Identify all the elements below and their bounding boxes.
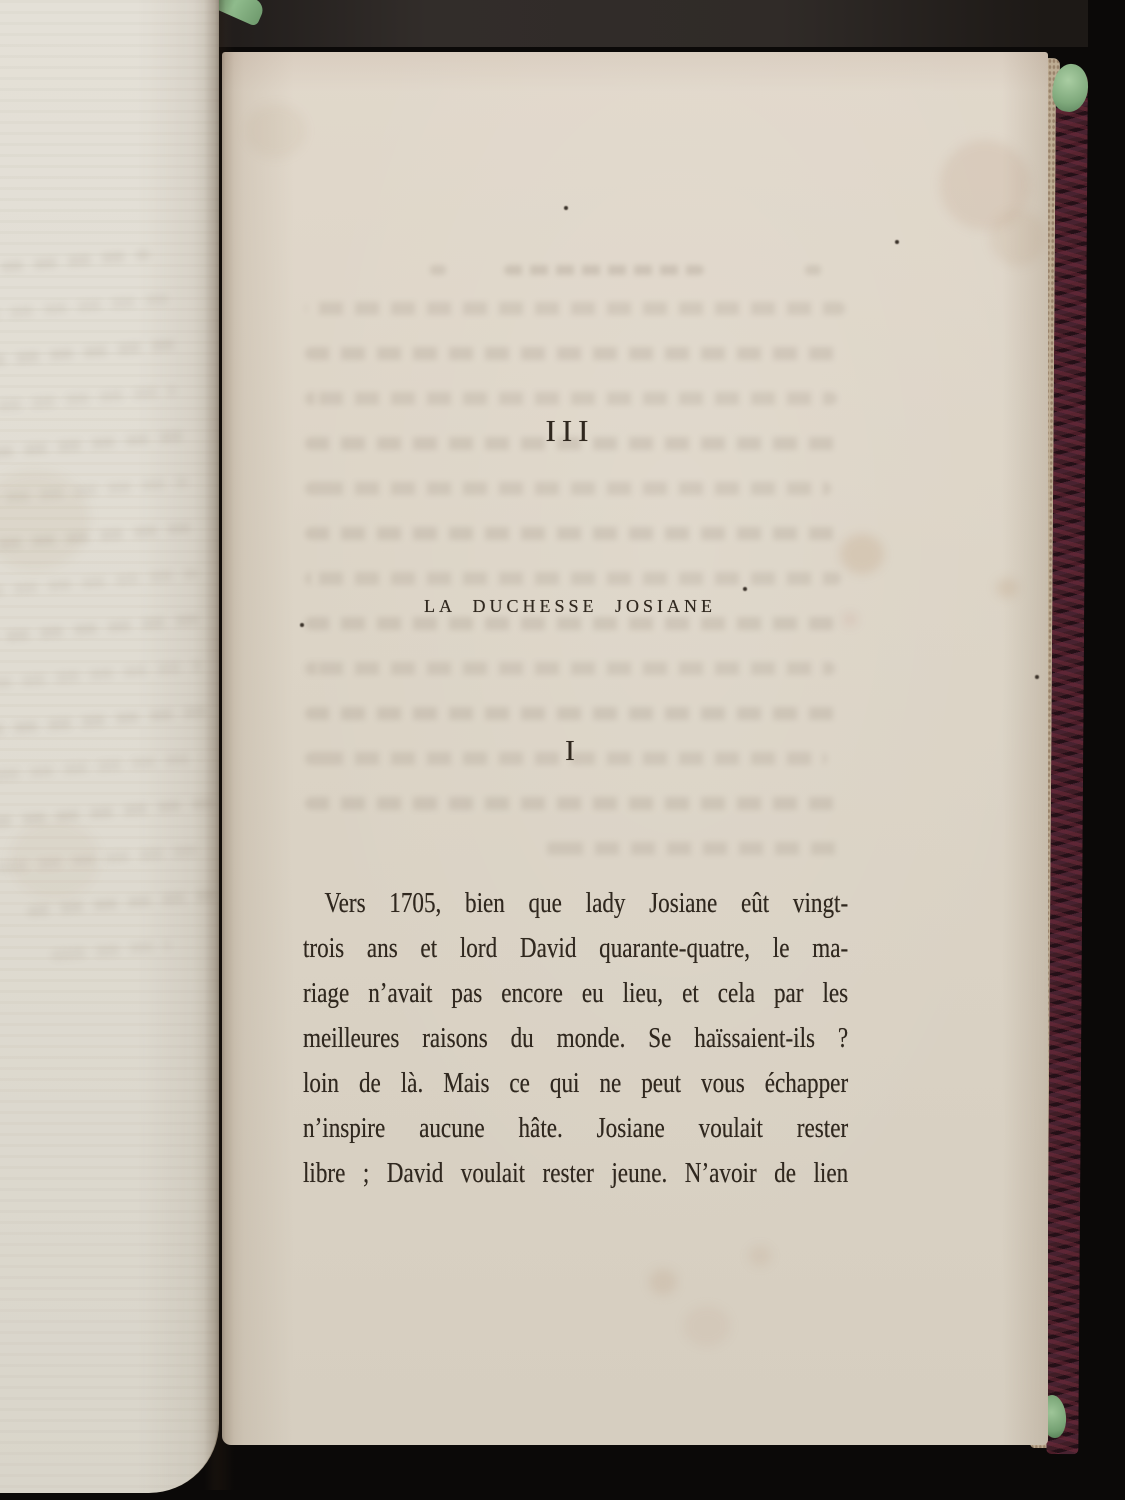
foxing-spot (246, 104, 306, 158)
ink-speck (300, 623, 304, 627)
paragraph-line: trois ans et lord David quarante-quatre,… (303, 926, 848, 971)
foxing-spot (990, 210, 1046, 266)
bleed-through-line (0, 293, 170, 322)
bleed-through-header (222, 265, 1048, 276)
bleed-through-line (0, 476, 189, 507)
right-page: III LA DUCHESSE JOSIANE I Vers 1705, bie… (222, 52, 1048, 1445)
bleed-through-line (50, 940, 171, 961)
bleed-through-line (0, 660, 203, 691)
bleed-through-line (0, 705, 217, 737)
foxing-spot (840, 534, 884, 574)
bleed-through-line (0, 521, 202, 553)
bleed-through-line (305, 347, 845, 360)
background-shadow-band (208, 0, 1088, 47)
bleed-through-line (0, 613, 207, 644)
bleed-through-line (0, 339, 178, 370)
foxing-spot (996, 578, 1018, 598)
bleed-through-line (305, 617, 845, 630)
foxing-spot (940, 140, 1030, 230)
paragraph: Vers 1705, bien que lady Josiane eût vin… (303, 881, 848, 1196)
bleed-through-line (0, 568, 199, 599)
bleed-through-line (305, 707, 845, 720)
open-book-photo: III LA DUCHESSE JOSIANE I Vers 1705, bie… (0, 0, 1125, 1500)
chapter-title: LA DUCHESSE JOSIANE (295, 596, 845, 617)
bleed-through-line (504, 265, 704, 275)
bleed-through-line (305, 527, 845, 540)
foxing-spot (649, 1269, 677, 1295)
bleed-through-line (0, 797, 219, 828)
bleed-through-line (0, 249, 150, 273)
bleed-through-line (0, 844, 205, 873)
paragraph-line: meilleures raisons du monde. Se haïssaie… (303, 1016, 848, 1061)
bleed-through-line (305, 797, 843, 810)
ink-speck (564, 206, 568, 210)
bleed-through-line (545, 842, 845, 855)
bleed-through-line (305, 662, 835, 675)
bleed-through-line (305, 302, 845, 315)
bleed-through-line (0, 430, 192, 462)
paragraph-line: libre ; David voulait rester jeune. N’av… (303, 1151, 848, 1196)
section-number: I (295, 735, 845, 768)
foxing-spot (843, 613, 857, 626)
bleed-through-line (0, 752, 203, 782)
paragraph-line: Vers 1705, bien que lady Josiane eût vin… (303, 881, 848, 926)
bleed-through-line (305, 572, 841, 585)
bleed-through-folio (430, 265, 446, 275)
bleed-through-line (26, 889, 216, 917)
paragraph-line: riage n’avait pas encore eu lieu, et cel… (303, 971, 848, 1016)
bleed-through-block-left (0, 246, 219, 1000)
ink-speck (1035, 675, 1039, 679)
paragraph-line: loin de là. Mais ce qui ne peut vous éch… (303, 1061, 848, 1106)
bleed-through-line (305, 482, 831, 495)
bleed-through-block (305, 302, 845, 887)
bleed-through-folio (805, 265, 821, 275)
paragraph-line: n’inspire aucune hâte. Josiane voulait r… (303, 1106, 848, 1151)
chapter-number: III (295, 413, 845, 449)
ink-speck (895, 240, 899, 244)
left-page (0, 0, 219, 1493)
bleed-through-line (0, 385, 177, 415)
bleed-through-line (305, 392, 837, 405)
foxing-spot (749, 1246, 771, 1266)
foxing-spot (684, 1306, 730, 1346)
